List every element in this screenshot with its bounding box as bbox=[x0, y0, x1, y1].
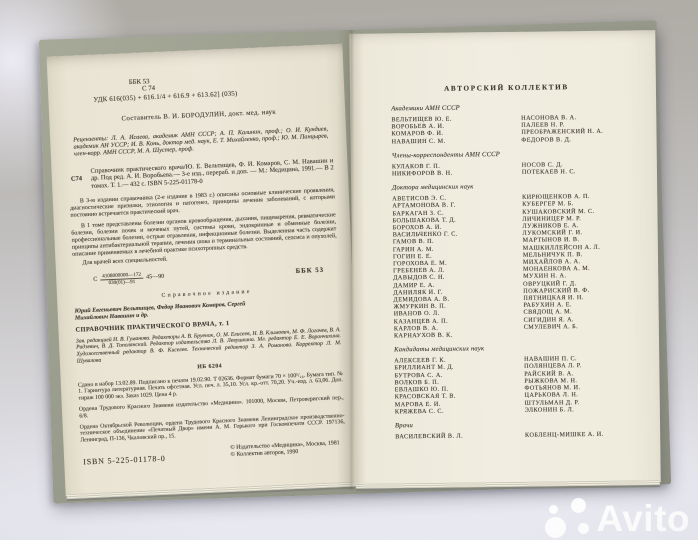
catalog-record: С74 Справочник практического врача/Ю. Е.… bbox=[68, 157, 334, 191]
catalog-code-suffix: 45—90 bbox=[146, 274, 164, 282]
right-page-content: АВТОРСКИЙ КОЛЛЕКТИВ Академики АМН СССРВЕ… bbox=[349, 30, 660, 486]
compiler-line: Составитель В. И. БОРОДУЛИН, докт. мед. … bbox=[66, 107, 331, 126]
author-name: КАРНАУХОВ В. К. bbox=[394, 331, 524, 340]
author-group-rows: АВЕТИСОВ Э. С.КИРЮЩЕНКОВ А. П.АРТАМОНОВА… bbox=[392, 193, 639, 340]
left-page-content: ББК 53 С 74 УДК 616(035) + 616.1/4 + 616… bbox=[47, 44, 362, 496]
right-page: АВТОРСКИЙ КОЛЛЕКТИВ Академики АМН СССРВЕ… bbox=[349, 30, 660, 486]
author-name bbox=[524, 329, 639, 338]
copyright-block: © Издательство «Медицина», Москва, 1981 … bbox=[230, 440, 340, 459]
author-name: ВАСИЛЕВСКИЙ В. Л. bbox=[395, 432, 525, 441]
author-name: ПОТЕКАЕВ Н. С. bbox=[522, 167, 637, 176]
left-page: ББК 53 С 74 УДК 616(035) + 616.1/4 + 616… bbox=[47, 44, 362, 496]
isbn-copyright-row: ISBN 5-225-01178-0 © Издательство «Медиц… bbox=[81, 440, 346, 466]
avito-wordmark: Avito bbox=[596, 499, 690, 539]
author-name: ЭЛКОНИН Б. Л. bbox=[525, 405, 640, 414]
book-photo: ББК 53 С 74 УДК 616(035) + 616.1/4 + 616… bbox=[0, 0, 698, 540]
isbn-number: ISBN 5-225-01178-0 bbox=[83, 454, 166, 465]
author-group-rows: ВАСИЛЕВСКИЙ В. Л.КОБЛЕНЦ-МИШКЕ А. И. bbox=[395, 430, 640, 440]
author-name: КОБЛЕНЦ-МИШКЕ А. И. bbox=[525, 430, 640, 439]
author-groups: Академики АМН СССРВЕЛЬТИЩЕВ Ю. Е.НАСОНОВ… bbox=[391, 102, 640, 440]
avito-logo-icon bbox=[545, 498, 591, 540]
author-group-heading: Доктора медицинских наук bbox=[392, 182, 637, 192]
author-group-rows: АЛЕКСЕЕВ Г. К.НАВАШИН П. С.БРИЛЛИАНТ М. … bbox=[394, 355, 640, 416]
catalog-label: С74 bbox=[71, 176, 83, 184]
author-group-heading: Члены-корреспонденты АМН СССР bbox=[392, 149, 637, 159]
author-collective-title: АВТОРСКИЙ КОЛЛЕКТИВ bbox=[391, 83, 622, 94]
author-group-rows: ВЕЛЬТИЩЕВ Ю. Е.НАСОНОВА В. А.ВОРОБЬЕВ А.… bbox=[391, 113, 636, 145]
catalog-code-fraction: 4108000000—172 039(01)—91 bbox=[100, 272, 143, 287]
bbk-code: ББК 53 bbox=[296, 267, 325, 276]
author-name: ФЕДОРОВ В. Д. bbox=[521, 135, 636, 144]
author-group-heading: Врачи bbox=[395, 419, 640, 429]
author-name: НАВАШИН С. М. bbox=[392, 136, 522, 145]
reviewers-paragraph: Рецензенты: Л. А. Исаева, академик АМН С… bbox=[67, 125, 333, 159]
author-group-heading: Академики АМН СССР bbox=[391, 102, 636, 112]
author-name: НИКИФОРОВ В. Н. bbox=[392, 169, 522, 178]
catalog-code-row: С 4108000000—172 039(01)—91 45—90 ББК 53 bbox=[73, 263, 338, 288]
author-name: КРЯЖЕВА С. С. bbox=[395, 406, 525, 415]
author-group-heading: Кандидаты медицинских наук bbox=[394, 344, 639, 354]
avito-watermark: Avito bbox=[545, 498, 690, 540]
catalog-code-prefix: С bbox=[93, 276, 97, 284]
author-group-rows: КУЛАКОВ Г. П.НОСОВ С. Д.НИКИФОРОВ В. Н.П… bbox=[392, 160, 637, 177]
catalog-code-denominator: 039(01)—91 bbox=[100, 279, 143, 287]
catalog-text: Справочник практического врача/Ю. Е. Вел… bbox=[90, 157, 333, 190]
